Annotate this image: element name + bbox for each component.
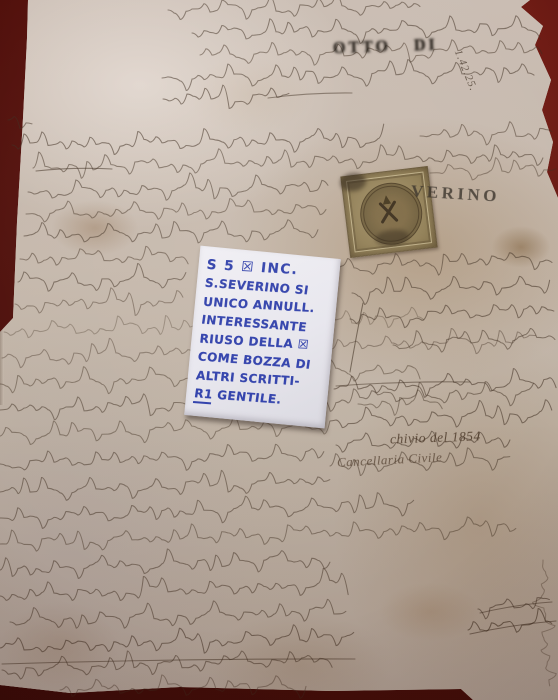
handwriting-fragment-1854: chivio del 1854: [390, 428, 481, 447]
smudged-handstamp-otto-di: OTTO DI: [333, 36, 438, 59]
expert-note-card: S 5 ☒ INC. S.SEVERINO SI UNICO ANNULL. I…: [184, 246, 341, 429]
under-sheet-seam: [0, 0, 4, 405]
photo-of-letter: chivio del 1854 Cancellaria Civile OTTO …: [0, 0, 558, 700]
stamp-keys-tiara-emblem: [375, 197, 400, 227]
papal-states-postage-stamp: [340, 166, 437, 258]
note-signature: GENTILE.: [212, 387, 283, 406]
